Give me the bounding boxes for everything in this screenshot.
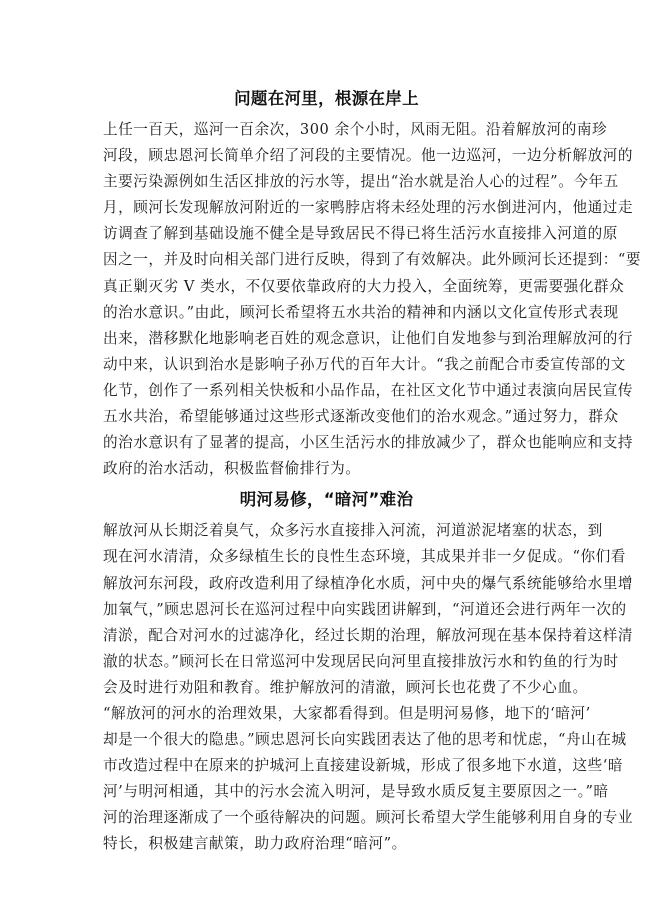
text-line: 会及时进行劝阻和教育。维护解放河的清澈，顾河长也花费了不少心血。 xyxy=(103,675,550,701)
section-heading-2: 明河易修，“暗河”难治 xyxy=(103,487,550,513)
text-line: 因之一，并及时向相关部门进行反映，得到了有效解决。此外顾河长还提到：“要 xyxy=(103,247,550,273)
text-line: 主要污染源例如生活区排放的污水等，提出“治水就是治人心的过程”。今年五 xyxy=(103,169,550,195)
text-line: 动中来，认识到治水是影响子孙万代的百年大计。“我之前配合市委宣传部的文 xyxy=(103,352,550,378)
paragraph-2: 解放河从长期泛着臭气，众多污水直接排入河流，河道淤泥堵塞的状态，到 现在河水清清… xyxy=(103,518,550,701)
text-line: “解放河的河水的治理效果，大家都看得到。但是明河易修，地下的‘暗河’ xyxy=(103,701,550,727)
section-heading-1: 问题在河里，根源在岸上 xyxy=(103,86,550,112)
paragraph-3: “解放河的河水的治理效果，大家都看得到。但是明河易修，地下的‘暗河’ 却是一个很… xyxy=(103,701,550,858)
text-line: 的治水意识有了显著的提高，小区生活污水的排放减少了，群众也能响应和支持 xyxy=(103,430,550,456)
text-line: 解放河东河段，政府改造利用了绿植净化水质，河中央的爆气系统能够给水里增 xyxy=(103,571,550,597)
text-line: 河段，顾忠恩河长简单介绍了河段的主要情况。他一边巡河，一边分析解放河的 xyxy=(103,143,550,169)
text-line: 现在河水清清，众多绿植生长的良性生态环境，其成果并非一夕促成。“你们看 xyxy=(103,544,550,570)
text-line: 清淤，配合对河水的过滤净化，经过长期的治理，解放河现在基本保持着这样清 xyxy=(103,623,550,649)
text-line: 政府的治水活动，积极监督偷排行为。 xyxy=(103,456,550,482)
text-line: 河’与明河相通，其中的污水会流入明河，是导致水质反复主要原因之一。”暗 xyxy=(103,779,550,805)
text-line: 出来，潜移默化地影响老百姓的观念意识，让他们自发地参与到治理解放河的行 xyxy=(103,326,550,352)
document-page: 问题在河里，根源在岸上 上任一百天，巡河一百余次，300 余个小时，风雨无阻。沿… xyxy=(103,86,550,858)
text-line: 五水共治，希望能够通过这些形式逐渐改变他们的治水观念。”通过努力，群众 xyxy=(103,404,550,430)
paragraph-1: 上任一百天，巡河一百余次，300 余个小时，风雨无阻。沿着解放河的南珍 河段，顾… xyxy=(103,117,550,482)
text-line: 访调查了解到基础设施不健全是导致居民不得已将生活污水直接排入河道的原 xyxy=(103,221,550,247)
text-line: 却是一个很大的隐患。”顾忠恩河长向实践团表达了他的思考和忧虑，“舟山在城 xyxy=(103,727,550,753)
text-line: 解放河从长期泛着臭气，众多污水直接排入河流，河道淤泥堵塞的状态，到 xyxy=(103,518,550,544)
text-line: 澈的状态。”顾河长在日常巡河中发现居民向河里直接排放污水和钓鱼的行为时 xyxy=(103,649,550,675)
text-line: 月，顾河长发现解放河附近的一家鸭脖店将未经处理的污水倒进河内，他通过走 xyxy=(103,195,550,221)
text-line: 上任一百天，巡河一百余次，300 余个小时，风雨无阻。沿着解放河的南珍 xyxy=(103,117,550,143)
text-line: 的治水意识。”由此，顾河长希望将五水共治的精神和内涵以文化宣传形式表现 xyxy=(103,300,550,326)
text-line: 化节，创作了一系列相关快板和小品作品，在社区文化节中通过表演向居民宣传 xyxy=(103,378,550,404)
text-line: 河的治理逐渐成了一个亟待解决的问题。顾河长希望大学生能够利用自身的专业 xyxy=(103,805,550,831)
text-line: 市改造过程中在原来的护城河上直接建设新城，形成了很多地下水道，这些‘暗 xyxy=(103,753,550,779)
text-line: 特长，积极建言献策，助力政府治理“暗河”。 xyxy=(103,831,550,857)
text-line: 真正剿灭劣 V 类水，不仅要依靠政府的大力投入，全面统筹，更需要强化群众 xyxy=(103,274,550,300)
text-line: 加氧气，”顾忠恩河长在巡河过程中向实践团讲解到，“河道还会进行两年一次的 xyxy=(103,597,550,623)
